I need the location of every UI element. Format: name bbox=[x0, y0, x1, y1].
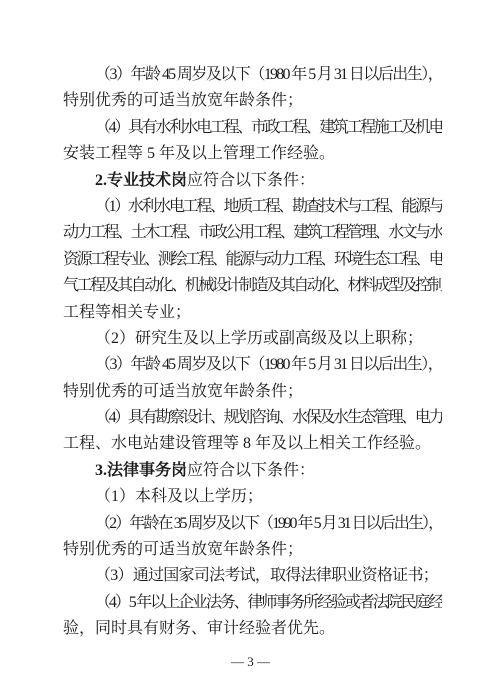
heading-line: 3.法律事务岗应符合以下条件： bbox=[63, 458, 442, 484]
text-line: 工程等相关专业； bbox=[63, 300, 442, 326]
body-text-segment: （4）具有勘察设计、规划咨询、水保及水生态管理、电力 bbox=[95, 409, 442, 426]
body-text-segment: 应符合以下条件： bbox=[187, 172, 315, 189]
text-line: 动力工程、土木工程、市政公用工程、建筑工程管理、水文与水 bbox=[63, 220, 442, 246]
text-line: （4）具有水利水电工程、市政工程、建筑工程施工及机电 bbox=[63, 115, 442, 141]
text-line: （1）本科及以上学历； bbox=[63, 484, 442, 510]
text-line: （4）5 年以上企业法务、律师事务所经验或者法院民庭经 bbox=[63, 590, 442, 616]
body-text-segment: （3）年龄 45 周岁及以下（1980 年 5 月 31 日以后出生）， bbox=[95, 66, 442, 83]
body-text-segment: 特别优秀的可适当放宽年龄条件； bbox=[63, 541, 303, 558]
text-line: （3）年龄 45 周岁及以下（1980 年 5 月 31 日以后出生）， bbox=[63, 352, 442, 378]
text-line: （3）年龄 45 周岁及以下（1980 年 5 月 31 日以后出生）， bbox=[63, 62, 442, 88]
body-text-segment: 动力工程、土木工程、市政公用工程、建筑工程管理、水文与水 bbox=[63, 224, 442, 241]
body-text-segment: 安装工程等 5 年及以上管理工作经验。 bbox=[63, 145, 335, 162]
page-footer: — 3 — bbox=[0, 652, 501, 672]
body-text-segment: 特别优秀的可适当放宽年龄条件； bbox=[63, 92, 303, 109]
document-body: （3）年龄 45 周岁及以下（1980 年 5 月 31 日以后出生），特别优秀… bbox=[63, 62, 442, 643]
heading-line: 2.专业技术岗应符合以下条件： bbox=[63, 168, 442, 194]
text-line: 特别优秀的可适当放宽年龄条件； bbox=[63, 537, 442, 563]
body-text-segment: （2）研究生及以上学历或副高级及以上职称； bbox=[95, 330, 423, 347]
document-page: （3）年龄 45 周岁及以下（1980 年 5 月 31 日以后出生），特别优秀… bbox=[0, 0, 501, 692]
text-line: （1）水利水电工程、地质工程、勘查技术与工程、能源与 bbox=[63, 194, 442, 220]
text-line: 验，同时具有财务、审计经验者优先。 bbox=[63, 616, 442, 642]
text-line: （4）具有勘察设计、规划咨询、水保及水生态管理、电力 bbox=[63, 405, 442, 431]
section-heading-text: 2.专业技术岗 bbox=[95, 172, 187, 189]
body-text-segment: （4）具有水利水电工程、市政工程、建筑工程施工及机电 bbox=[95, 119, 442, 136]
body-text-segment: 特别优秀的可适当放宽年龄条件； bbox=[63, 383, 303, 400]
body-text-segment: 工程、水电站建设管理等 8 年及以上相关工作经验。 bbox=[63, 435, 431, 452]
body-text-segment: （1）水利水电工程、地质工程、勘查技术与工程、能源与 bbox=[95, 198, 442, 215]
section-heading-text: 3.法律事务岗 bbox=[95, 462, 187, 479]
text-line: 特别优秀的可适当放宽年龄条件； bbox=[63, 379, 442, 405]
body-text-segment: 气工程及其自动化、机械设计制造及其自动化、材料成型及控制 bbox=[63, 277, 442, 294]
text-line: （2）研究生及以上学历或副高级及以上职称； bbox=[63, 326, 442, 352]
body-text-segment: 工程等相关专业； bbox=[63, 304, 191, 321]
text-line: 安装工程等 5 年及以上管理工作经验。 bbox=[63, 141, 442, 167]
page-number: — 3 — bbox=[231, 654, 270, 669]
body-text-segment: （2）年龄在 35 周岁及以下（1990 年 5 月 31 日以后出生）， bbox=[95, 515, 442, 532]
body-text-segment: 验，同时具有财务、审计经验者优先。 bbox=[63, 620, 335, 637]
body-text-segment: （4）5 年以上企业法务、律师事务所经验或者法院民庭经 bbox=[95, 594, 442, 611]
body-text-segment: （3）年龄 45 周岁及以下（1980 年 5 月 31 日以后出生）， bbox=[95, 356, 442, 373]
body-text-segment: 应符合以下条件： bbox=[187, 462, 315, 479]
body-text-segment: （3）通过国家司法考试，取得法律职业资格证书； bbox=[95, 567, 438, 584]
text-line: 特别优秀的可适当放宽年龄条件； bbox=[63, 88, 442, 114]
text-line: 气工程及其自动化、机械设计制造及其自动化、材料成型及控制 bbox=[63, 273, 442, 299]
text-line: 资源工程专业、测绘工程、能源与动力工程、环境生态工程、电 bbox=[63, 247, 442, 273]
body-text-segment: （1）本科及以上学历； bbox=[95, 488, 263, 505]
text-line: 工程、水电站建设管理等 8 年及以上相关工作经验。 bbox=[63, 431, 442, 457]
text-line: （2）年龄在 35 周岁及以下（1990 年 5 月 31 日以后出生）， bbox=[63, 511, 442, 537]
text-line: （3）通过国家司法考试，取得法律职业资格证书； bbox=[63, 563, 442, 589]
body-text-segment: 资源工程专业、测绘工程、能源与动力工程、环境生态工程、电 bbox=[63, 251, 442, 268]
